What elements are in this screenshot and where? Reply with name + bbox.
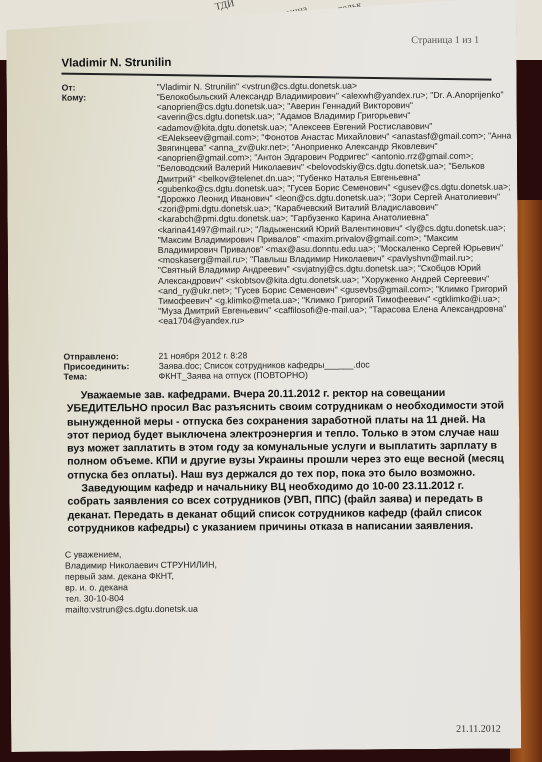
to-value: "Белокобыльский Александр Владимирович" … bbox=[157, 89, 514, 326]
underlying-text-fragment: ТДИ bbox=[214, 0, 235, 13]
subject-value: ФКНТ_Заява на отпуск (ПОВТОРНО) bbox=[159, 368, 514, 381]
to-label: Кому: bbox=[62, 92, 86, 102]
subject-label: Тема: bbox=[64, 371, 88, 381]
body-paragraph: Уважаемые зав. кафедрами. Вчера 20.11.20… bbox=[67, 387, 508, 483]
signature-block: С уважением, Владимир Николаевич СТРУНИЛ… bbox=[65, 549, 217, 616]
signature-email: mailto:vstrun@cs.dgtu.donetsk.ua bbox=[65, 604, 217, 616]
printed-email-page: Страница 1 из 1 Vladimir N. Strunilin От… bbox=[6, 0, 521, 752]
email-body: Уважаемые зав. кафедрами. Вчера 20.11.20… bbox=[67, 387, 508, 536]
footer-date: 21.11.2012 bbox=[456, 724, 501, 735]
body-paragraph: Заведующим кафедр и начальнику ВЦ необхо… bbox=[67, 480, 507, 536]
from-label: От: bbox=[62, 83, 76, 93]
sender-name-title: Vladimir N. Strunilin bbox=[61, 57, 171, 70]
attachments-label: Присоединить: bbox=[64, 361, 130, 372]
sent-label: Отправлено: bbox=[63, 351, 118, 362]
page-number: Страница 1 из 1 bbox=[411, 35, 479, 46]
signature-name: Владимир Николаевич СТРУНИЛИН, bbox=[65, 560, 217, 572]
